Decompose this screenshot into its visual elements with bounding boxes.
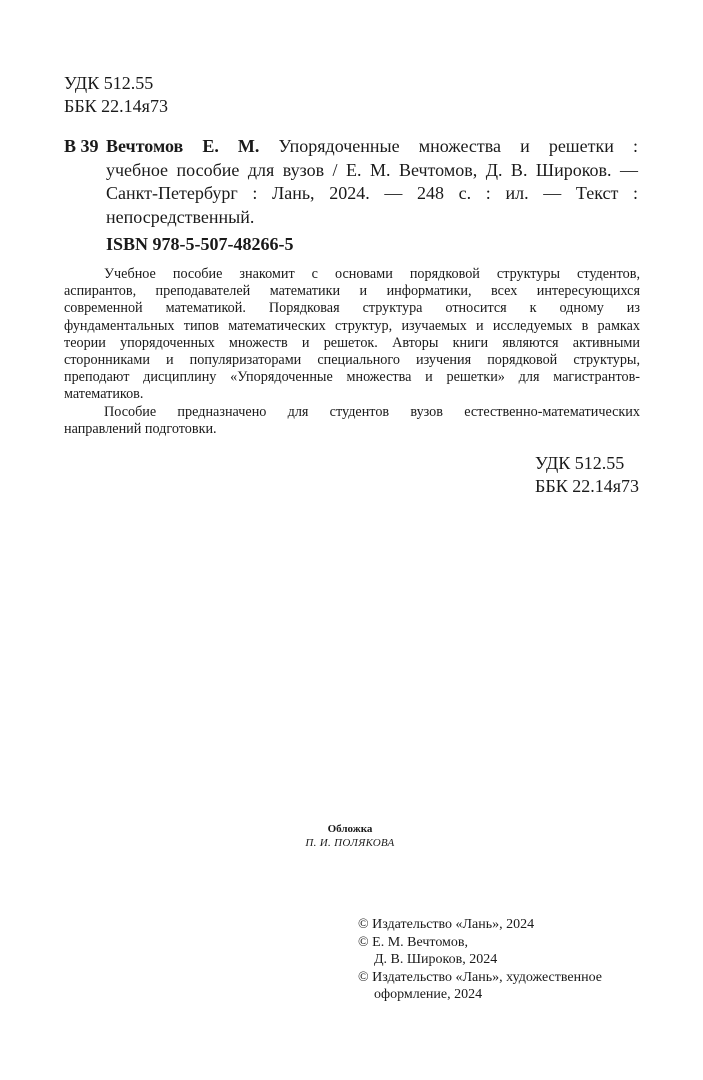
copyright-line: оформление, 2024	[358, 986, 602, 1004]
bibliographic-description: Вечтомов Е. М. Упорядоченные множества и…	[106, 135, 638, 229]
annotation-line: Пособие предназначено для студентов вузо…	[64, 404, 640, 421]
bbk-code: ББК 22.14я73	[535, 475, 639, 498]
copyright-line: © Издательство «Лань», художественное	[358, 969, 602, 987]
annotation-line: Учебное пособие знакомит с основами поря…	[64, 266, 640, 283]
isbn: ISBN 978-5-507-48266-5	[106, 233, 294, 256]
bib-line-4: непосредственный.	[106, 206, 638, 230]
annotation: Учебное пособие знакомит с основами поря…	[64, 266, 640, 438]
annotation-line: фундаментальных типов математических стр…	[64, 318, 640, 335]
udk-code: УДК 512.55	[535, 452, 639, 475]
copyright-line: Д. В. Широков, 2024	[358, 951, 602, 969]
udk-code: УДК 512.55	[64, 72, 168, 95]
book-title: Упорядоченные множества и решетки :	[259, 136, 638, 156]
bib-line-1: Вечтомов Е. М. Упорядоченные множества и…	[106, 135, 638, 159]
annotation-line: направлений подготовки.	[64, 421, 640, 438]
bbk-code: ББК 22.14я73	[64, 95, 168, 118]
annotation-line: математиков.	[64, 386, 640, 403]
cover-label: Обложка	[250, 822, 450, 836]
annotation-line: теории упорядоченных множеств и решеток.…	[64, 335, 640, 352]
copyright-line: © Издательство «Лань», 2024	[358, 916, 602, 934]
author-mark: В 39	[64, 135, 99, 158]
annotation-line: современной математикой. Порядковая стру…	[64, 300, 640, 317]
annotation-line: преподают дисциплину «Упорядоченные множ…	[64, 369, 640, 386]
annotation-line: аспирантов, преподавателей математики и …	[64, 283, 640, 300]
cover-credit: Обложка П. И. ПОЛЯКОВА	[250, 822, 450, 850]
author-name: Вечтомов Е. М.	[106, 136, 259, 156]
copyright-line: © Е. М. Вечтомов,	[358, 934, 602, 952]
top-classification-codes: УДК 512.55 ББК 22.14я73	[64, 72, 168, 118]
bottom-classification-codes: УДК 512.55 ББК 22.14я73	[535, 452, 639, 498]
bib-line-2: учебное пособие для вузов / Е. М. Вечтом…	[106, 159, 638, 183]
annotation-line: сторонниками и популяризаторами специаль…	[64, 352, 640, 369]
bib-line-3: Санкт-Петербург : Лань, 2024. — 248 с. :…	[106, 182, 638, 206]
cover-designer: П. И. ПОЛЯКОВА	[250, 836, 450, 850]
copyright-notices: © Издательство «Лань», 2024 © Е. М. Вечт…	[358, 916, 602, 1004]
